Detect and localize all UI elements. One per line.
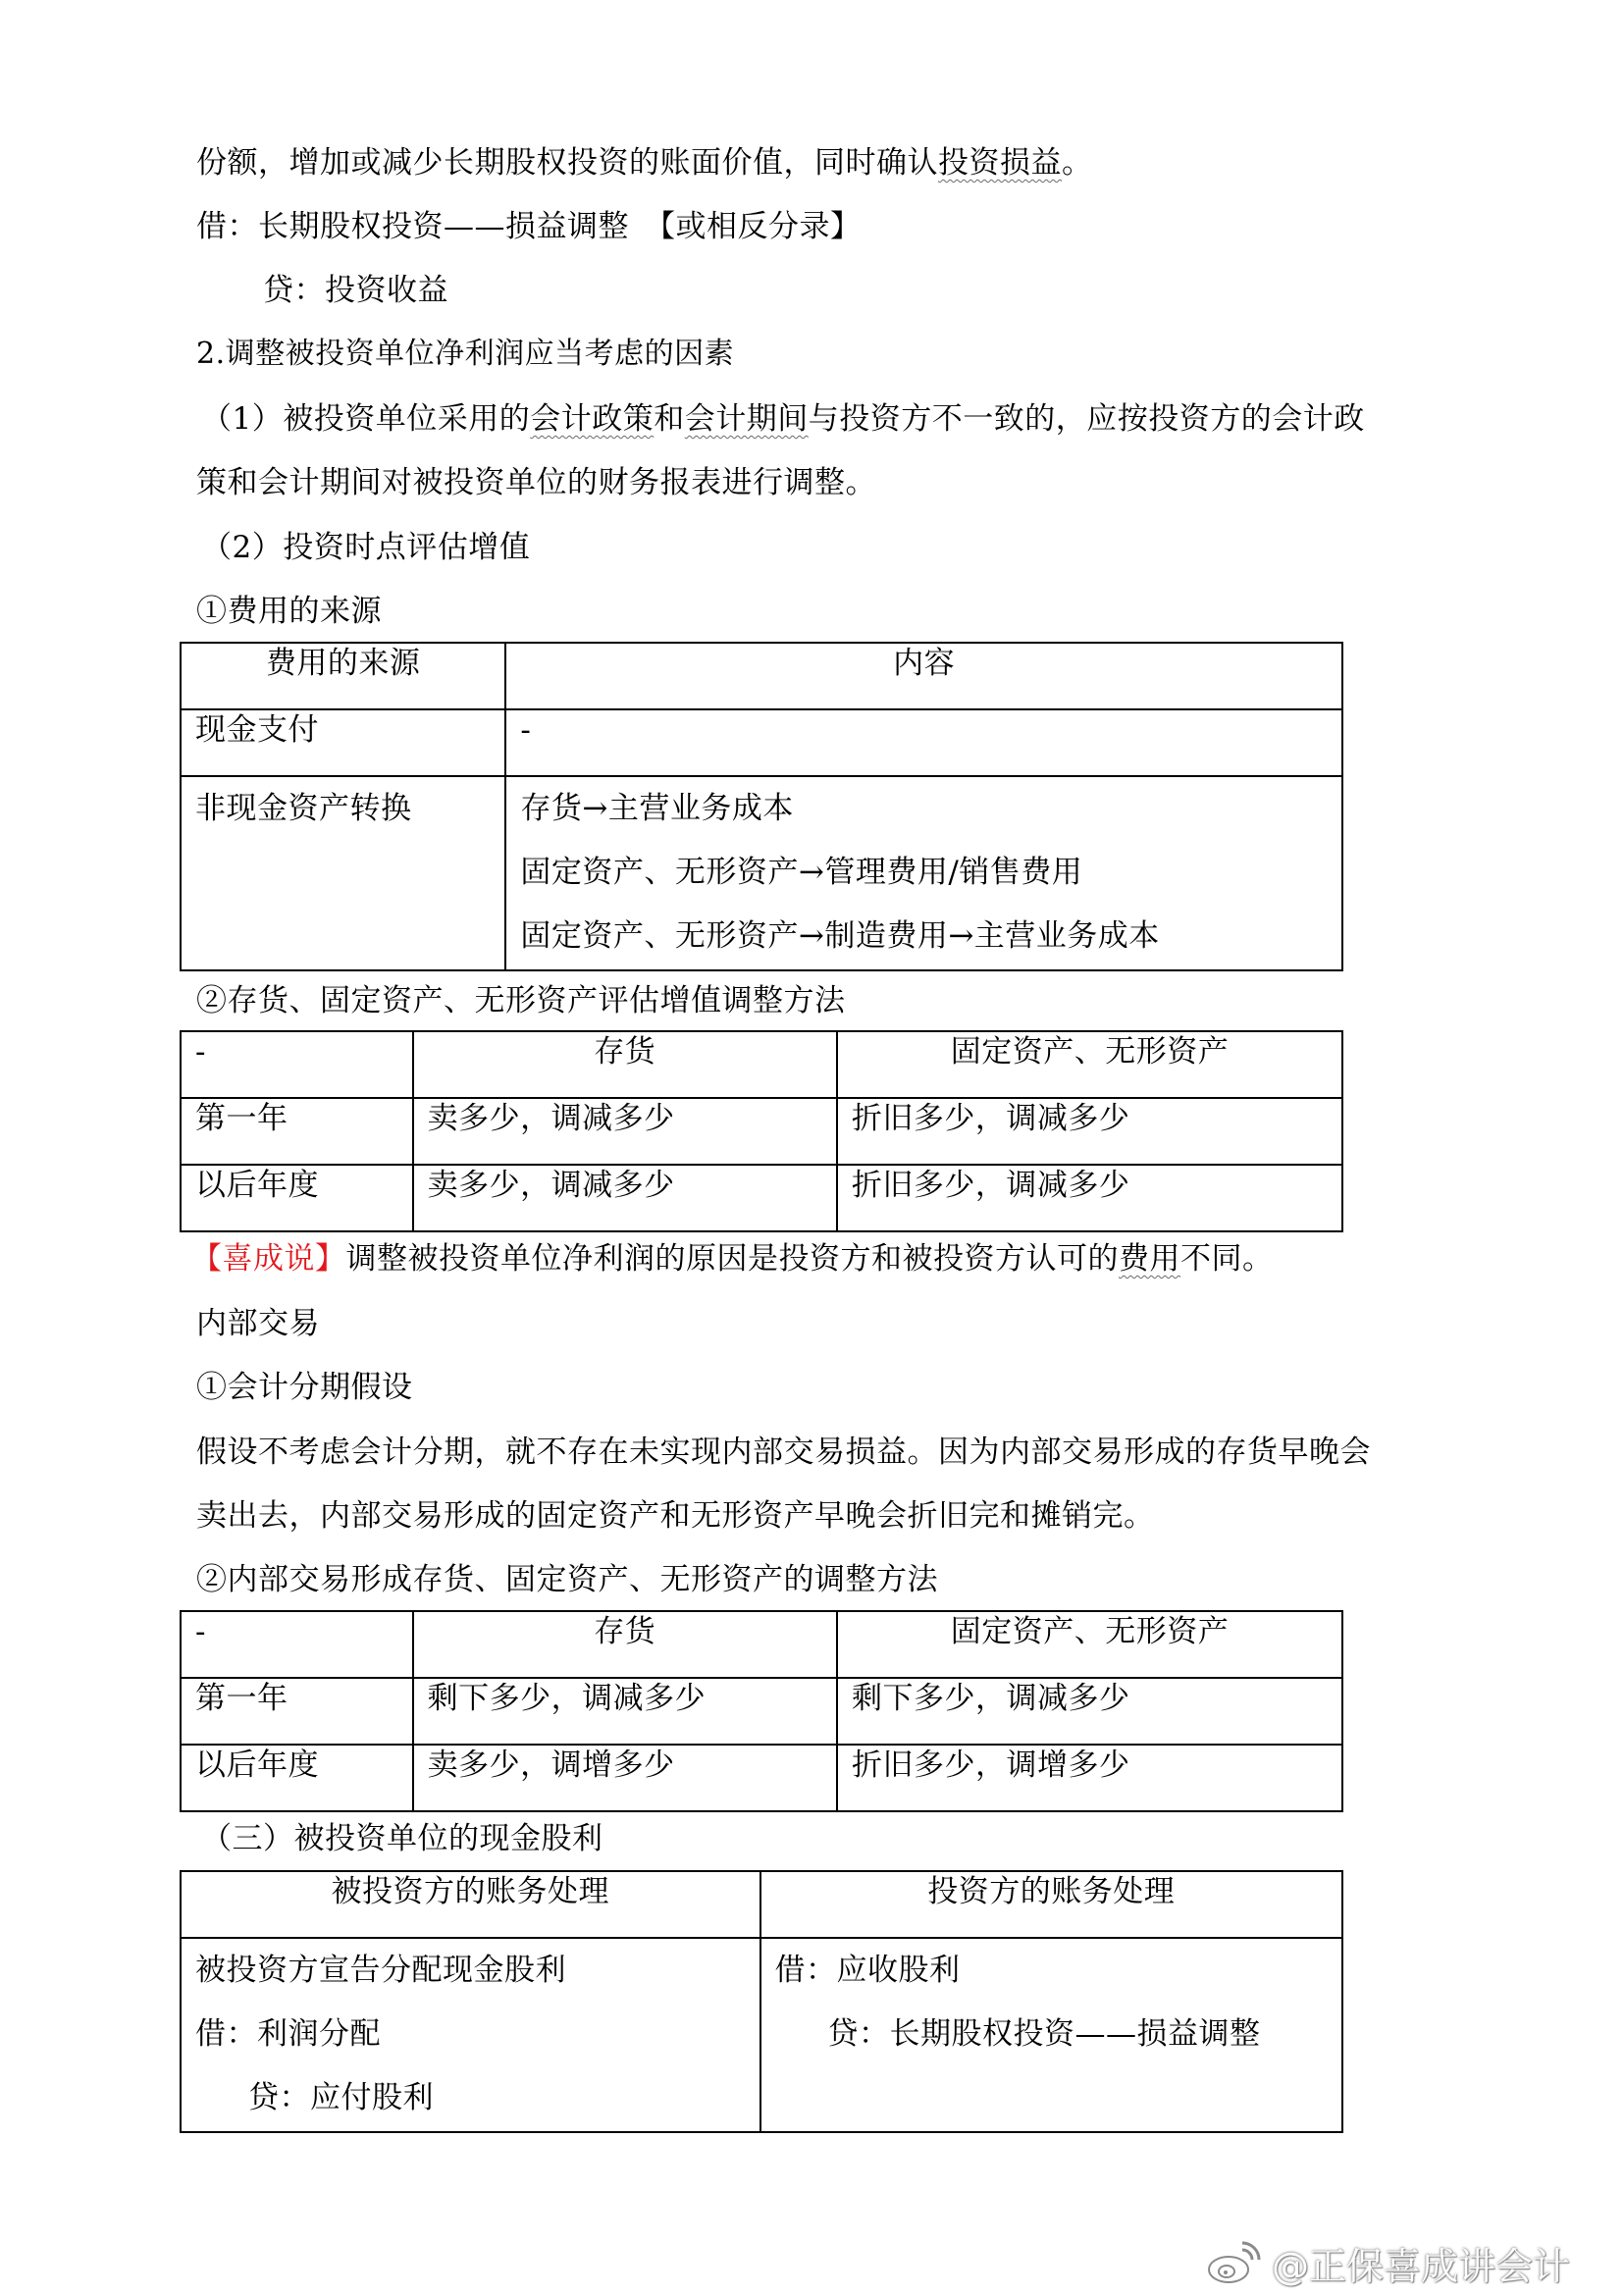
text: 不同。 (1180, 1241, 1274, 1277)
journal-entry-debit: 借：长期股权投资——损益调整 【或相反分录】 (196, 207, 862, 246)
note-paragraph: 【喜成说】调整被投资单位净利润的原因是投资方和被投资方认可的费用不同。 (191, 1239, 1274, 1278)
table-header-cell: - (181, 1031, 413, 1098)
journal-entry-credit: 贷：投资收益 (263, 271, 448, 310)
underlined-term: 费用 (1119, 1241, 1180, 1277)
text: 与投资方不一致的，应按投资方的会计政 (809, 401, 1365, 437)
table-cell: 剩下多少，调减多少 (413, 1678, 837, 1745)
table-header-row: - 存货 固定资产、无形资产 (181, 1611, 1342, 1678)
table-header-cell: 固定资产、无形资产 (837, 1611, 1342, 1678)
empty-line (775, 2078, 1328, 2131)
table-header-cell: - (181, 1611, 413, 1678)
watermark: @正保喜成讲会计 (1207, 2235, 1570, 2290)
section-heading-cash-dividend: （三）被投资单位的现金股利 (201, 1819, 603, 1858)
table-header-row: - 存货 固定资产、无形资产 (181, 1031, 1342, 1098)
underlined-term: 投资损益 (938, 145, 1062, 181)
table-header-cell: 内容 (505, 643, 1342, 709)
text: 份额，增加或减少长期股权投资的账面价值，同时确认 (196, 145, 938, 181)
entry-line-debit: 借：应收股利 (775, 1951, 1328, 2014)
table-cell: 现金支付 (181, 709, 505, 776)
table-row: 非现金资产转换 存货→主营业务成本 固定资产、无形资产→管理费用/销售费用 固定… (181, 776, 1342, 970)
table-row: 第一年 剩下多少，调减多少 剩下多少，调减多少 (181, 1678, 1342, 1745)
watermark-text: @正保喜成讲会计 (1272, 2236, 1570, 2290)
sub-heading-appraisal-method: ②存货、固定资产、无形资产评估增值调整方法 (196, 981, 846, 1020)
appraisal-adjustment-table: - 存货 固定资产、无形资产 第一年 卖多少，调减多少 折旧多少，调减多少 以后… (180, 1030, 1343, 1232)
underlined-term: 会计期间 (685, 401, 809, 437)
table-header-cell: 投资方的账务处理 (760, 1871, 1342, 1938)
table-cell: 以后年度 (181, 1745, 413, 1811)
text: 。 (1062, 145, 1093, 181)
item-1-line-2: 策和会计期间对被投资单位的财务报表进行调整。 (196, 463, 876, 502)
table-row: 现金支付 - (181, 709, 1342, 776)
table-cell: 折旧多少，调增多少 (837, 1745, 1342, 1811)
paragraph-continuation: 份额，增加或减少长期股权投资的账面价值，同时确认投资损益。 (196, 143, 1093, 183)
content-line: 固定资产、无形资产→管理费用/销售费用 (520, 853, 1328, 916)
table-header-row: 被投资方的账务处理 投资方的账务处理 (181, 1871, 1342, 1938)
table-cell: 剩下多少，调减多少 (837, 1678, 1342, 1745)
sub-heading-internal-method: ②内部交易形成存货、固定资产、无形资产的调整方法 (196, 1560, 938, 1599)
section-heading: 2.调整被投资单位净利润应当考虑的因素 (196, 335, 734, 374)
text: （1）被投资单位采用的 (201, 401, 530, 437)
table-cell: - (505, 709, 1342, 776)
table-cell: 卖多少，调减多少 (413, 1098, 837, 1165)
investee-entries-cell: 被投资方宣告分配现金股利 借：利润分配 贷：应付股利 (181, 1938, 760, 2132)
internal-adjustment-table: - 存货 固定资产、无形资产 第一年 剩下多少，调减多少 剩下多少，调减多少 以… (180, 1610, 1343, 1812)
table-row: 以后年度 卖多少，调减多少 折旧多少，调减多少 (181, 1165, 1342, 1231)
table-cell: 存货→主营业务成本 固定资产、无形资产→管理费用/销售费用 固定资产、无形资产→… (505, 776, 1342, 970)
table-cell: 折旧多少，调减多少 (837, 1165, 1342, 1231)
table-header-cell: 被投资方的账务处理 (181, 1871, 760, 1938)
table-cell: 卖多少，调减多少 (413, 1165, 837, 1231)
table-cell: 第一年 (181, 1098, 413, 1165)
expense-source-table: 费用的来源 内容 现金支付 - 非现金资产转换 存货→主营业务成本 固定资产、无… (180, 642, 1343, 971)
item-1-line-1: （1）被投资单位采用的会计政策和会计期间与投资方不一致的，应按投资方的会计政 (201, 399, 1365, 439)
entry-line-debit: 借：利润分配 (195, 2014, 746, 2078)
text: 和 (654, 401, 685, 437)
weibo-icon (1207, 2240, 1262, 2285)
content-line: 固定资产、无形资产→制造费用→主营业务成本 (520, 916, 1328, 969)
table-cell: 折旧多少，调减多少 (837, 1098, 1342, 1165)
table-cell: 第一年 (181, 1678, 413, 1745)
table-header-cell: 存货 (413, 1031, 837, 1098)
cash-dividend-table: 被投资方的账务处理 投资方的账务处理 被投资方宣告分配现金股利 借：利润分配 贷… (180, 1870, 1343, 2133)
table-row: 以后年度 卖多少，调增多少 折旧多少，调增多少 (181, 1745, 1342, 1811)
entry-line: 被投资方宣告分配现金股利 (195, 1951, 746, 2014)
content-line: 存货→主营业务成本 (520, 789, 1328, 853)
entry-line-credit: 贷：长期股权投资——损益调整 (775, 2014, 1328, 2078)
note-tag: 【喜成说】 (191, 1241, 346, 1277)
investor-entries-cell: 借：应收股利 贷：长期股权投资——损益调整 (760, 1938, 1342, 2132)
section-heading-internal-transaction: 内部交易 (196, 1304, 320, 1343)
paragraph-line: 假设不考虑会计分期，就不存在未实现内部交易损益。因为内部交易形成的存货早晚会 (196, 1433, 1371, 1472)
underlined-term: 会计政策 (530, 401, 654, 437)
table-cell: 以后年度 (181, 1165, 413, 1231)
table-row: 被投资方宣告分配现金股利 借：利润分配 贷：应付股利 借：应收股利 贷：长期股权… (181, 1938, 1342, 2132)
table-header-cell: 存货 (413, 1611, 837, 1678)
sub-heading-period-assumption: ①会计分期假设 (196, 1368, 413, 1407)
paragraph-line: 卖出去，内部交易形成的固定资产和无形资产早晚会折旧完和摊销完。 (196, 1496, 1155, 1536)
sub-heading-expense-source: ①费用的来源 (196, 592, 382, 631)
table-header-row: 费用的来源 内容 (181, 643, 1342, 709)
table-header-cell: 固定资产、无形资产 (837, 1031, 1342, 1098)
table-cell: 非现金资产转换 (181, 776, 505, 970)
item-2-heading: （2）投资时点评估增值 (201, 528, 530, 567)
text: 调整被投资单位净利润的原因是投资方和被投资方认可的 (346, 1241, 1120, 1277)
entry-line-credit: 贷：应付股利 (195, 2078, 746, 2131)
table-cell: 卖多少，调增多少 (413, 1745, 837, 1811)
table-row: 第一年 卖多少，调减多少 折旧多少，调减多少 (181, 1098, 1342, 1165)
table-header-cell: 费用的来源 (181, 643, 505, 709)
